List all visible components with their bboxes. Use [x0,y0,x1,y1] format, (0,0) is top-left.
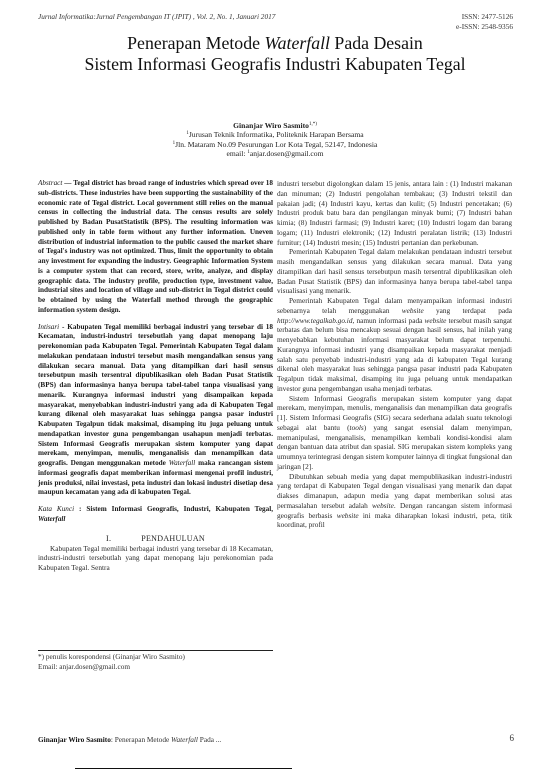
section-heading: I.PENDAHULUAN [38,534,273,543]
italic-text: website [424,316,446,325]
section-number: I. [106,534,111,543]
footer-text: Pada ... [198,735,221,744]
text: , namun informasi pada [352,316,424,325]
intisari-text: - Kabupaten Tegal memiliki berbagai indu… [38,323,273,468]
page-number: 6 [510,733,515,743]
keywords-label: Kata Kunci [38,505,74,513]
text: tersebut masih sangat terbatas dan belum… [277,316,512,393]
intisari-label: Intisari [38,323,59,331]
italic-text: website [337,511,359,520]
abstract-label: Abstract [38,179,62,187]
text: yang terdapat pada [424,306,512,315]
right-column: industri tersebut digolongkan dalam 15 j… [277,179,512,530]
keywords-italic: Waterfall [38,515,65,523]
italic-text: tools [350,423,364,432]
abstract-text: — Tegal district has broad range of indu… [38,179,273,314]
title-line-2: Sistem Informasi Geografis Industri Kabu… [0,54,550,75]
author-block: Ginanjar Wiro Sasmito1,*) 1Jurusan Tekni… [0,121,550,159]
issn: ISSN: 2477-5126 [456,12,513,22]
paragraph: Pemerintah Kabupaten Tegal dalam menyamp… [277,296,512,394]
abstract: Abstract — Tegal district has broad rang… [38,179,273,316]
left-column: Abstract — Tegal district has broad rang… [38,179,273,573]
author-address: 1Jln. Mataram No.09 Pesurungan Lor Kota … [0,140,550,149]
title-text: Penerapan Metode [127,33,264,53]
author-email: email: 1anjar.dosen@gmail.com [0,149,550,158]
author-name-text: Ginanjar Wiro Sasmito [233,121,309,130]
author-sup: 1,*) [309,122,317,127]
footnote-email: Email: anjar.dosen@gmail.com [38,662,185,672]
paragraph: industri tersebut digolongkan dalam 15 j… [277,179,512,247]
paragraph: Dibutuhkan sebuah media yang dapat mempu… [277,472,512,531]
intisari-italic: Waterfall [169,459,196,467]
address-text: Jln. Mataram No.09 Pesurungan Lor Kota T… [175,140,377,149]
email-label: email: [226,149,247,158]
keywords: Kata Kunci : Sistem Informasi Geografis,… [38,505,273,525]
title-italic: Waterfall [264,33,330,53]
eissn: e-ISSN: 2548-9356 [456,22,513,32]
email-link[interactable]: anjar.dosen@gmail.com [250,149,324,158]
footnote-divider [38,650,273,651]
paragraph: Sistem Informasi Geografis merupakan sis… [277,394,512,472]
paragraph: Pemerintah Kabupaten Tegal dalam melakuk… [277,247,512,296]
footer-italic: Waterfall [171,735,198,744]
title-line-1: Penerapan Metode Waterfall Pada Desain [0,33,550,54]
running-footer: Ginanjar Wiro Sasmito: Penerapan Metode … [38,735,221,744]
intro-paragraph: Kabupaten Tegal memiliki berbagai indust… [38,544,273,573]
bottom-divider [75,768,292,769]
running-header-journal: Jurnal Informatika:Jurnal Pengembangan I… [38,12,275,21]
running-header-issn: ISSN: 2477-5126 e-ISSN: 2548-9356 [456,12,513,32]
title-text: Pada Desain [330,33,423,53]
paper-title: Penerapan Metode Waterfall Pada Desain S… [0,33,550,75]
author-name: Ginanjar Wiro Sasmito1,*) [0,121,550,130]
author-affiliation: 1Jurusan Teknik Informatika, Politeknik … [0,130,550,139]
footer-text: : Penerapan Metode [111,735,171,744]
footnote: *) penulis korespondensi (Ginanjar Wiro … [38,652,185,672]
footnote-correspondence: *) penulis korespondensi (Ginanjar Wiro … [38,652,185,662]
italic-text: website [402,306,424,315]
intisari: Intisari - Kabupaten Tegal memiliki berb… [38,323,273,499]
footer-author: Ginanjar Wiro Sasmito [38,735,111,744]
affiliation-text: Jurusan Teknik Informatika, Politeknik H… [189,130,364,139]
italic-text: website [372,501,394,510]
section-title: PENDAHULUAN [141,534,205,543]
keywords-text: : Sistem Informasi Geografis, Industri, … [74,505,273,513]
url-link[interactable]: http://www.tegalkab.go.id [277,316,352,325]
